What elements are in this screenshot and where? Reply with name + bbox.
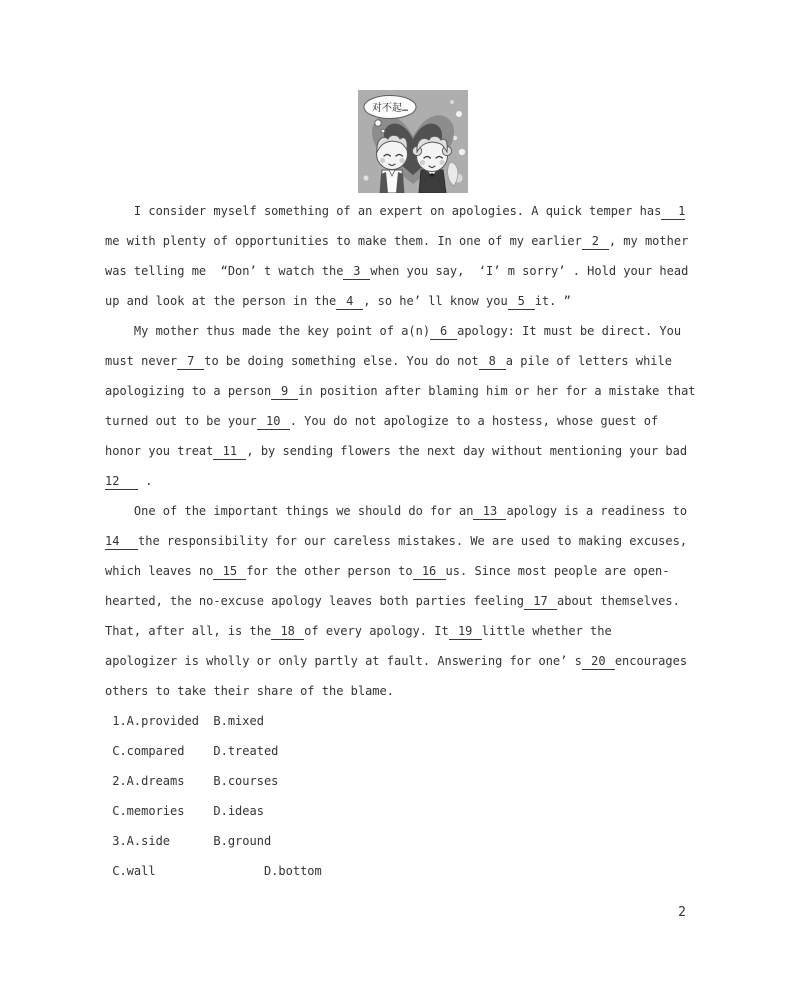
passage-text: 3.A.side B.ground [105,834,271,848]
blank-4: 4 [336,294,363,310]
passage-text: up and look at the person in the [105,294,336,308]
passage-text: I consider myself something of an expert… [105,204,661,218]
passage-text: encourages [615,654,687,668]
passage-text: it. ” [535,294,571,308]
passage-text: apologizing to a person [105,384,271,398]
blank-5: 5 [508,294,535,310]
passage-text: , my mother [609,234,688,248]
passage-line: apologizer is wholly or only partly at f… [105,646,705,676]
option-line: 2.A.dreams B.courses [105,766,705,796]
blank-15: 15 [213,564,246,580]
passage-text: others to take their share of the blame. [105,684,394,698]
blank-16: 16 [413,564,446,580]
option-line: 3.A.side B.ground [105,826,705,856]
passage-text: of every apology. It [304,624,449,638]
boy-character [377,135,408,193]
passage-line: up and look at the person in the4, so he… [105,286,705,316]
blank-14: 14 [105,534,138,550]
blank-20: 20 [582,654,615,670]
blank-18: 18 [271,624,304,640]
passage-line: I consider myself something of an expert… [105,196,705,226]
passage-text: , so he’ ll know you [363,294,508,308]
passage-text: turned out to be your [105,414,257,428]
passage-text: a pile of letters while [506,354,672,368]
blank-10: 10 [257,414,290,430]
blank-13: 13 [473,504,506,520]
passage-text: about themselves. [557,594,680,608]
blank-19: 19 [449,624,482,640]
passage-text: apologizer is wholly or only partly at f… [105,654,582,668]
passage-text: was telling me “Don’ t watch the [105,264,343,278]
passage-text: for the other person to [246,564,412,578]
blank-9: 9 [271,384,298,400]
passage-line: honor you treat11, by sending flowers th… [105,436,705,466]
blank-11: 11 [213,444,246,460]
option-line: C.compared D.treated [105,736,705,766]
blank-6: 6 [430,324,457,340]
blank-7: 7 [177,354,204,370]
passage-text: when you say, ‘I’ m sorry’ . Hold your h… [370,264,688,278]
passage-line: was telling me “Don’ t watch the3when yo… [105,256,705,286]
passage-text: me with plenty of opportunities to make … [105,234,582,248]
passage-text: C.memories D.ideas [105,804,264,818]
passage-line: apologizing to a person9in position afte… [105,376,705,406]
passage-text: which leaves no [105,564,213,578]
passage-text: 1.A.provided B.mixed [105,714,264,728]
passage-line: 12 . [105,466,705,496]
passage-line: hearted, the no-excuse apology leaves bo… [105,586,705,616]
passage-text: the responsibility for our careless mist… [138,534,687,548]
passage-text: C.compared D.treated [105,744,278,758]
passage-text: C.wall D.bottom [105,864,322,878]
option-line: C.memories D.ideas [105,796,705,826]
passage-line: My mother thus made the key point of a(n… [105,316,705,346]
apology-illustration: 对不起… [358,90,468,193]
passage-line: One of the important things we should do… [105,496,705,526]
passage-text: honor you treat [105,444,213,458]
passage-line: turned out to be your10. You do not apol… [105,406,705,436]
passage-text: apology is a readiness to [506,504,687,518]
bubble-text: 对不起… [372,101,408,114]
passage-line: which leaves no15for the other person to… [105,556,705,586]
passage-text: 2.A.dreams B.courses [105,774,278,788]
document-page: 对不起… I consider myself something of an e… [0,0,800,992]
page-number: 2 [672,905,692,920]
passage-line: others to take their share of the blame. [105,676,705,706]
passage-text: hearted, the no-excuse apology leaves bo… [105,594,524,608]
passage-line: That, after all, is the18of every apolog… [105,616,705,646]
blank-8: 8 [479,354,506,370]
passage-text: to be doing something else. You do not [204,354,479,368]
passage-text: little whether the [482,624,612,638]
passage-text: must never [105,354,177,368]
passage-line: 14the responsibility for our careless mi… [105,526,705,556]
passage-text: One of the important things we should do… [105,504,473,518]
passage-text: us. Since most people are open- [446,564,670,578]
text-lines: I consider myself something of an expert… [105,196,705,886]
passage-text: That, after all, is the [105,624,271,638]
passage-text: . You do not apologize to a hostess, who… [290,414,658,428]
blank-17: 17 [524,594,557,610]
passage-text: , by sending flowers the next day withou… [246,444,687,458]
passage-text: in position after blaming him or her for… [298,384,695,398]
passage-text: . [138,474,152,488]
passage-text: My mother thus made the key point of a(n… [105,324,430,338]
blank-1: 1 [661,204,685,220]
blank-2: 2 [582,234,609,250]
option-line: C.wall D.bottom [105,856,705,886]
blank-3: 3 [343,264,370,280]
option-line: 1.A.provided B.mixed [105,706,705,736]
blank-12: 12 [105,474,138,490]
passage-text: apology: It must be direct. You [457,324,681,338]
passage-line: must never7to be doing something else. Y… [105,346,705,376]
passage-line: me with plenty of opportunities to make … [105,226,705,256]
